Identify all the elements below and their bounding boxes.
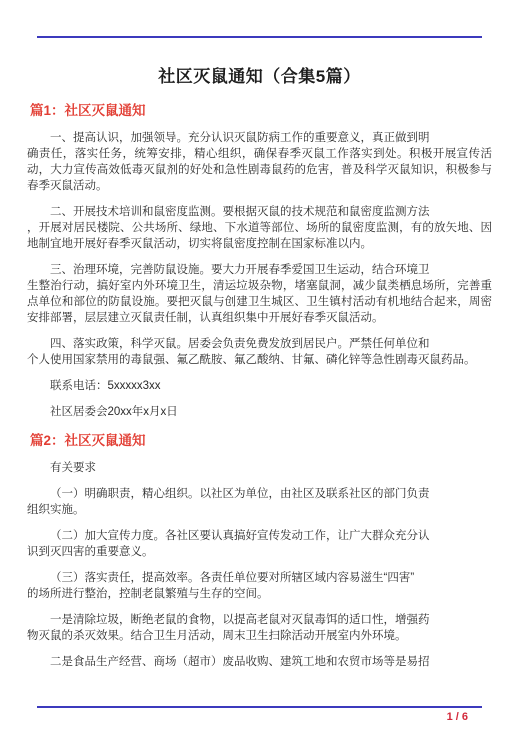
contact-phone-line: 联系电话：5xxxxx3xx xyxy=(27,378,492,394)
page-footer: 1 / 6 xyxy=(0,706,520,735)
document-content: 社区灭鼠通知（合集5篇） 篇1：社区灭鼠通知 一、提高认识，加强领导。充分认识灭… xyxy=(27,38,492,670)
section-1-heading: 篇1：社区灭鼠通知 xyxy=(30,102,492,120)
page-number: 1 / 6 xyxy=(447,711,468,724)
section-2-heading: 篇2：社区灭鼠通知 xyxy=(30,432,492,450)
document-page: 社区灭鼠通知（合集5篇） 篇1：社区灭鼠通知 一、提高认识，加强领导。充分认识灭… xyxy=(0,0,520,735)
signature-date-line: 社区居委会20xx年x月x日 xyxy=(27,404,492,420)
paragraph: 一是清除垃圾，断绝老鼠的食物，以提高老鼠对灭鼠毒饵的适口性，增强药 物灭鼠的杀灭… xyxy=(27,612,492,644)
section-2: 篇2：社区灭鼠通知 有关要求 （一）明确职责，精心组织。以社区为单位，由社区及联… xyxy=(27,432,492,670)
paragraph: 二、开展技术培训和鼠密度监测。要根据灭鼠的技术规范和鼠密度监测方法 ，开展对居民… xyxy=(27,204,492,252)
paragraph: （二）加大宣传力度。各社区要认真搞好宣传发动工作，让广大群众充分认 识到灭四害的… xyxy=(27,528,492,560)
paragraph: 二是食品生产经营、商场（超市）废品收购、建筑工地和农贸市场等是易招 xyxy=(27,654,492,670)
document-title: 社区灭鼠通知（合集5篇） xyxy=(27,64,492,90)
paragraph: 一、提高认识，加强领导。充分认识灭鼠防病工作的重要意义，真正做到明 确责任，落实… xyxy=(27,130,492,194)
footer-rule xyxy=(37,706,482,708)
section-1: 篇1：社区灭鼠通知 一、提高认识，加强领导。充分认识灭鼠防病工作的重要意义，真正… xyxy=(27,102,492,420)
paragraph: 三、治理环境，完善防鼠设施。要大力开展春季爱国卫生运动，结合环境卫 生整治行动，… xyxy=(27,262,492,326)
subheading-requirements: 有关要求 xyxy=(27,460,492,476)
paragraph: （一）明确职责，精心组织。以社区为单位，由社区及联系社区的部门负责 组织实施。 xyxy=(27,486,492,518)
paragraph: 四、落实政策，科学灭鼠。居委会负责免费发放到居民户。严禁任何单位和 个人使用国家… xyxy=(27,336,492,368)
paragraph: （三）落实责任，提高效率。各责任单位要对所辖区域内容易滋生“四害” 的场所进行整… xyxy=(27,570,492,602)
